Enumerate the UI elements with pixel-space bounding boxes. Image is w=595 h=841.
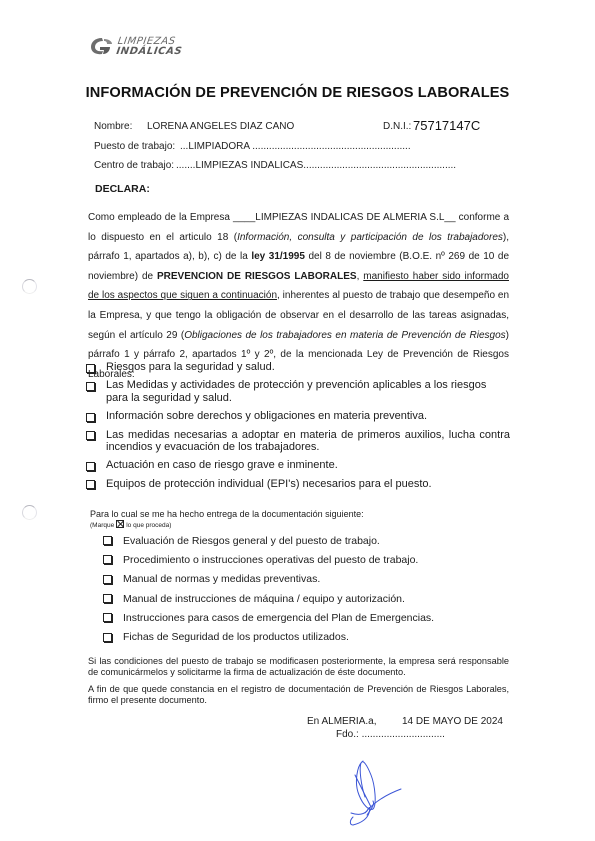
checkbox-icon[interactable]: [103, 594, 112, 603]
aspect-text: Las medidas necesarias a adoptar en mate…: [106, 429, 510, 454]
aspects-list: Riesgos para la seguridad y salud. Las M…: [85, 361, 510, 490]
company-logo-icon: [90, 36, 114, 56]
logo-line-1: LIMPIEZAS: [117, 37, 184, 47]
document-item: Manual de instrucciones de máquina / equ…: [102, 589, 502, 608]
company-logo: LIMPIEZAS INDÁLICAS: [90, 36, 183, 56]
logo-line-2: INDÁLICAS: [116, 46, 183, 56]
checkbox-icon[interactable]: [86, 480, 95, 489]
document-text: Procedimiento o instrucciones operativas…: [123, 554, 418, 566]
aspect-text: Las Medidas y actividades de protección …: [106, 379, 510, 404]
checkbox-icon[interactable]: [103, 613, 112, 622]
intro-law-number: ley 31/1995: [251, 251, 305, 262]
checkbox-icon[interactable]: [103, 633, 112, 642]
checkbox-icon[interactable]: [86, 431, 95, 440]
delivery-intro: Para lo cual se me ha hecho entrega de l…: [90, 509, 364, 519]
job-label: Puesto de trabajo:: [94, 141, 175, 152]
signature-place: En ALMERIA.a,: [307, 716, 376, 727]
job-value: ...LIMPIADORA ..........................…: [180, 141, 411, 152]
checkbox-icon[interactable]: [86, 364, 95, 373]
signature-date: 14 DE MAYO DE 2024: [402, 716, 503, 727]
aspect-text: Actuación en caso de riesgo grave e inmi…: [106, 459, 338, 471]
declaration-paragraph: Como empleado de la Empresa ____LIMPIEZA…: [88, 208, 509, 384]
note-text-after: lo que proceda): [126, 522, 171, 529]
documents-list: Evaluación de Riesgos general y del pues…: [102, 531, 502, 647]
aspect-item: Las Medidas y actividades de protección …: [85, 379, 510, 404]
delivery-note: (Marquelo que proceda): [90, 520, 171, 529]
document-item: Procedimiento o instrucciones operativas…: [102, 550, 502, 569]
checkbox-icon[interactable]: [103, 575, 112, 584]
document-item: Manual de normas y medidas preventivas.: [102, 570, 502, 589]
note-text-before: (Marque: [90, 522, 114, 529]
aspect-item: Equipos de protección individual (EPI's)…: [85, 478, 510, 490]
document-item: Fichas de Seguridad de los productos uti…: [102, 627, 502, 646]
aspect-item: Actuación en caso de riesgo grave e inmi…: [85, 459, 510, 471]
center-value: .......LIMPIEZAS INDALICAS..............…: [176, 160, 456, 171]
aspect-item: Las medidas necesarias a adoptar en mate…: [85, 429, 510, 454]
intro-article-18-title: Información, consulta y participación de…: [237, 232, 503, 243]
checkbox-icon[interactable]: [86, 382, 95, 391]
aspect-text: Riesgos para la seguridad y salud.: [106, 361, 275, 373]
name-value: LORENA ANGELES DIAZ CANO: [147, 121, 294, 132]
document-text: Manual de normas y medidas preventivas.: [123, 573, 320, 585]
aspect-item: Información sobre derechos y obligacione…: [85, 410, 510, 422]
punch-hole-bottom: [22, 505, 37, 520]
declara-heading: DECLARA:: [95, 183, 150, 195]
dni-label: D.N.I.:: [383, 121, 411, 132]
checkbox-icon[interactable]: [86, 413, 95, 422]
aspect-item: Riesgos para la seguridad y salud.: [85, 361, 510, 373]
checkbox-icon[interactable]: [86, 462, 95, 471]
closing-paragraph-1: Si las condiciones del puesto de trabajo…: [88, 656, 509, 679]
aspect-text: Equipos de protección individual (EPI's)…: [106, 478, 432, 490]
name-label: Nombre:: [94, 121, 132, 132]
document-text: Fichas de Seguridad de los productos uti…: [123, 631, 349, 643]
document-text: Manual de instrucciones de máquina / equ…: [123, 593, 405, 605]
checked-box-icon: [116, 520, 124, 528]
document-text: Instrucciones para casos de emergencia d…: [123, 612, 434, 624]
intro-article-29-title: Obligaciones de los trabajadores en mate…: [184, 330, 505, 341]
punch-hole-top: [22, 279, 37, 294]
signature-fdo: Fdo.: ..............................: [336, 729, 445, 740]
intro-law-name: PREVENCION DE RIESGOS LABORALES: [157, 271, 357, 282]
document-title: INFORMACIÓN DE PREVENCIÓN DE RIESGOS LAB…: [0, 85, 595, 101]
aspect-text: Información sobre derechos y obligacione…: [106, 410, 427, 422]
document-item: Evaluación de Riesgos general y del pues…: [102, 531, 502, 550]
closing-paragraph-2: A fin de que quede constancia en el regi…: [88, 684, 509, 707]
dni-value: 75717147C: [413, 118, 480, 133]
center-label: Centro de trabajo:: [94, 160, 174, 171]
handwritten-signature: [345, 755, 415, 830]
checkbox-icon[interactable]: [103, 555, 112, 564]
document-item: Instrucciones para casos de emergencia d…: [102, 608, 502, 627]
document-text: Evaluación de Riesgos general y del pues…: [123, 535, 380, 547]
checkbox-icon[interactable]: [103, 536, 112, 545]
